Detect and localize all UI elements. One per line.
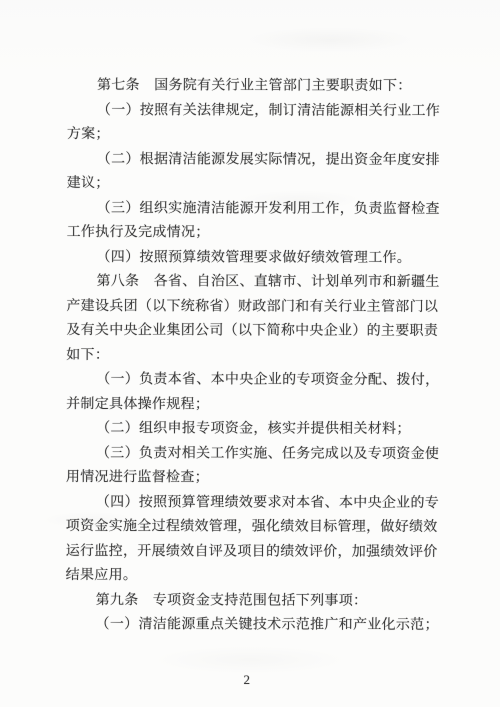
text-line: （三）组织实施清洁能源开发利用工作，负责监督检查: [67, 196, 443, 221]
text-line: 并制定具体操作规程；: [66, 392, 442, 417]
scanned-document-page: 第七条 国务院有关行业主管部门主要职责如下： （一）按照有关法律规定，制订清洁能…: [0, 0, 500, 707]
text-line: （四）按照预算绩效管理要求做好绩效管理工作。: [66, 245, 442, 270]
text-line: （三）负责对相关工作实施、任务完成以及专项资金使: [66, 441, 442, 466]
text-line: 建议；: [67, 172, 443, 197]
paragraph-article-8-item-3: （三）负责对相关工作实施、任务完成以及专项资金使 用情况进行监督检查；: [66, 441, 442, 491]
page-number: 2: [0, 671, 494, 689]
paragraph-article-7-item-1: （一）按照有关法律规定，制订清洁能源相关行业工作 方案；: [67, 98, 443, 148]
text-line: （四）按照预算管理绩效要求对本省、本中央企业的专: [66, 490, 442, 515]
text-line: （二）根据清洁能源发展实际情况，提出资金年度安排: [67, 147, 443, 172]
text-line: （二）组织申报专项资金，核实并提供相关材料；: [66, 417, 442, 442]
text-line: 及有关中央企业集团公司（以下简称中央企业）的主要职责: [66, 319, 442, 344]
text-line: 结果应用。: [66, 564, 442, 589]
paragraph-article-8: 第八条 各省、自治区、直辖市、计划单列市和新疆生 产建设兵团（以下统称省）财政部…: [66, 270, 442, 369]
paragraph-article-8-item-2: （二）组织申报专项资金，核实并提供相关材料；: [66, 417, 442, 442]
paragraph-article-7-item-2: （二）根据清洁能源发展实际情况，提出资金年度安排 建议；: [67, 147, 443, 197]
text-line: 第八条 各省、自治区、直辖市、计划单列市和新疆生: [66, 270, 442, 295]
paragraph-article-9: 第九条 专项资金支持范围包括下列事项：: [66, 588, 442, 613]
paragraph-article-8-item-4: （四）按照预算管理绩效要求对本省、本中央企业的专 项资金实施全过程绩效管理，强化…: [66, 490, 442, 589]
text-line: 用情况进行监督检查；: [66, 466, 442, 491]
text-line: （一）负责本省、本中央企业的专项资金分配、拨付，: [66, 368, 442, 393]
text-line: 产建设兵团（以下统称省）财政部门和有关行业主管部门以: [66, 294, 442, 319]
paragraph-article-7: 第七条 国务院有关行业主管部门主要职责如下：: [67, 74, 443, 99]
text-line: 项资金实施全过程绩效管理，强化绩效目标管理，做好绩效: [66, 515, 442, 540]
paragraph-article-7-item-4: （四）按照预算绩效管理要求做好绩效管理工作。: [66, 245, 442, 270]
text-line: 工作执行及完成情况；: [67, 221, 443, 246]
text-line: （一）按照有关法律规定，制订清洁能源相关行业工作: [67, 98, 443, 123]
paragraph-article-9-item-1: （一）清洁能源重点关键技术示范推广和产业化示范；: [66, 613, 442, 638]
text-line: 第七条 国务院有关行业主管部门主要职责如下：: [67, 74, 443, 99]
text-line: 运行监控，开展绩效自评及项目的绩效评价，加强绩效评价: [66, 539, 442, 564]
paragraph-article-7-item-3: （三）组织实施清洁能源开发利用工作，负责监督检查 工作执行及完成情况；: [67, 196, 443, 246]
document-body: 第七条 国务院有关行业主管部门主要职责如下： （一）按照有关法律规定，制订清洁能…: [66, 74, 443, 638]
text-line: 如下：: [66, 343, 442, 368]
paragraph-article-8-item-1: （一）负责本省、本中央企业的专项资金分配、拨付， 并制定具体操作规程；: [66, 368, 442, 418]
text-line: 方案；: [67, 123, 443, 148]
text-line: 第九条 专项资金支持范围包括下列事项：: [66, 588, 442, 613]
text-line: （一）清洁能源重点关键技术示范推广和产业化示范；: [66, 613, 442, 638]
